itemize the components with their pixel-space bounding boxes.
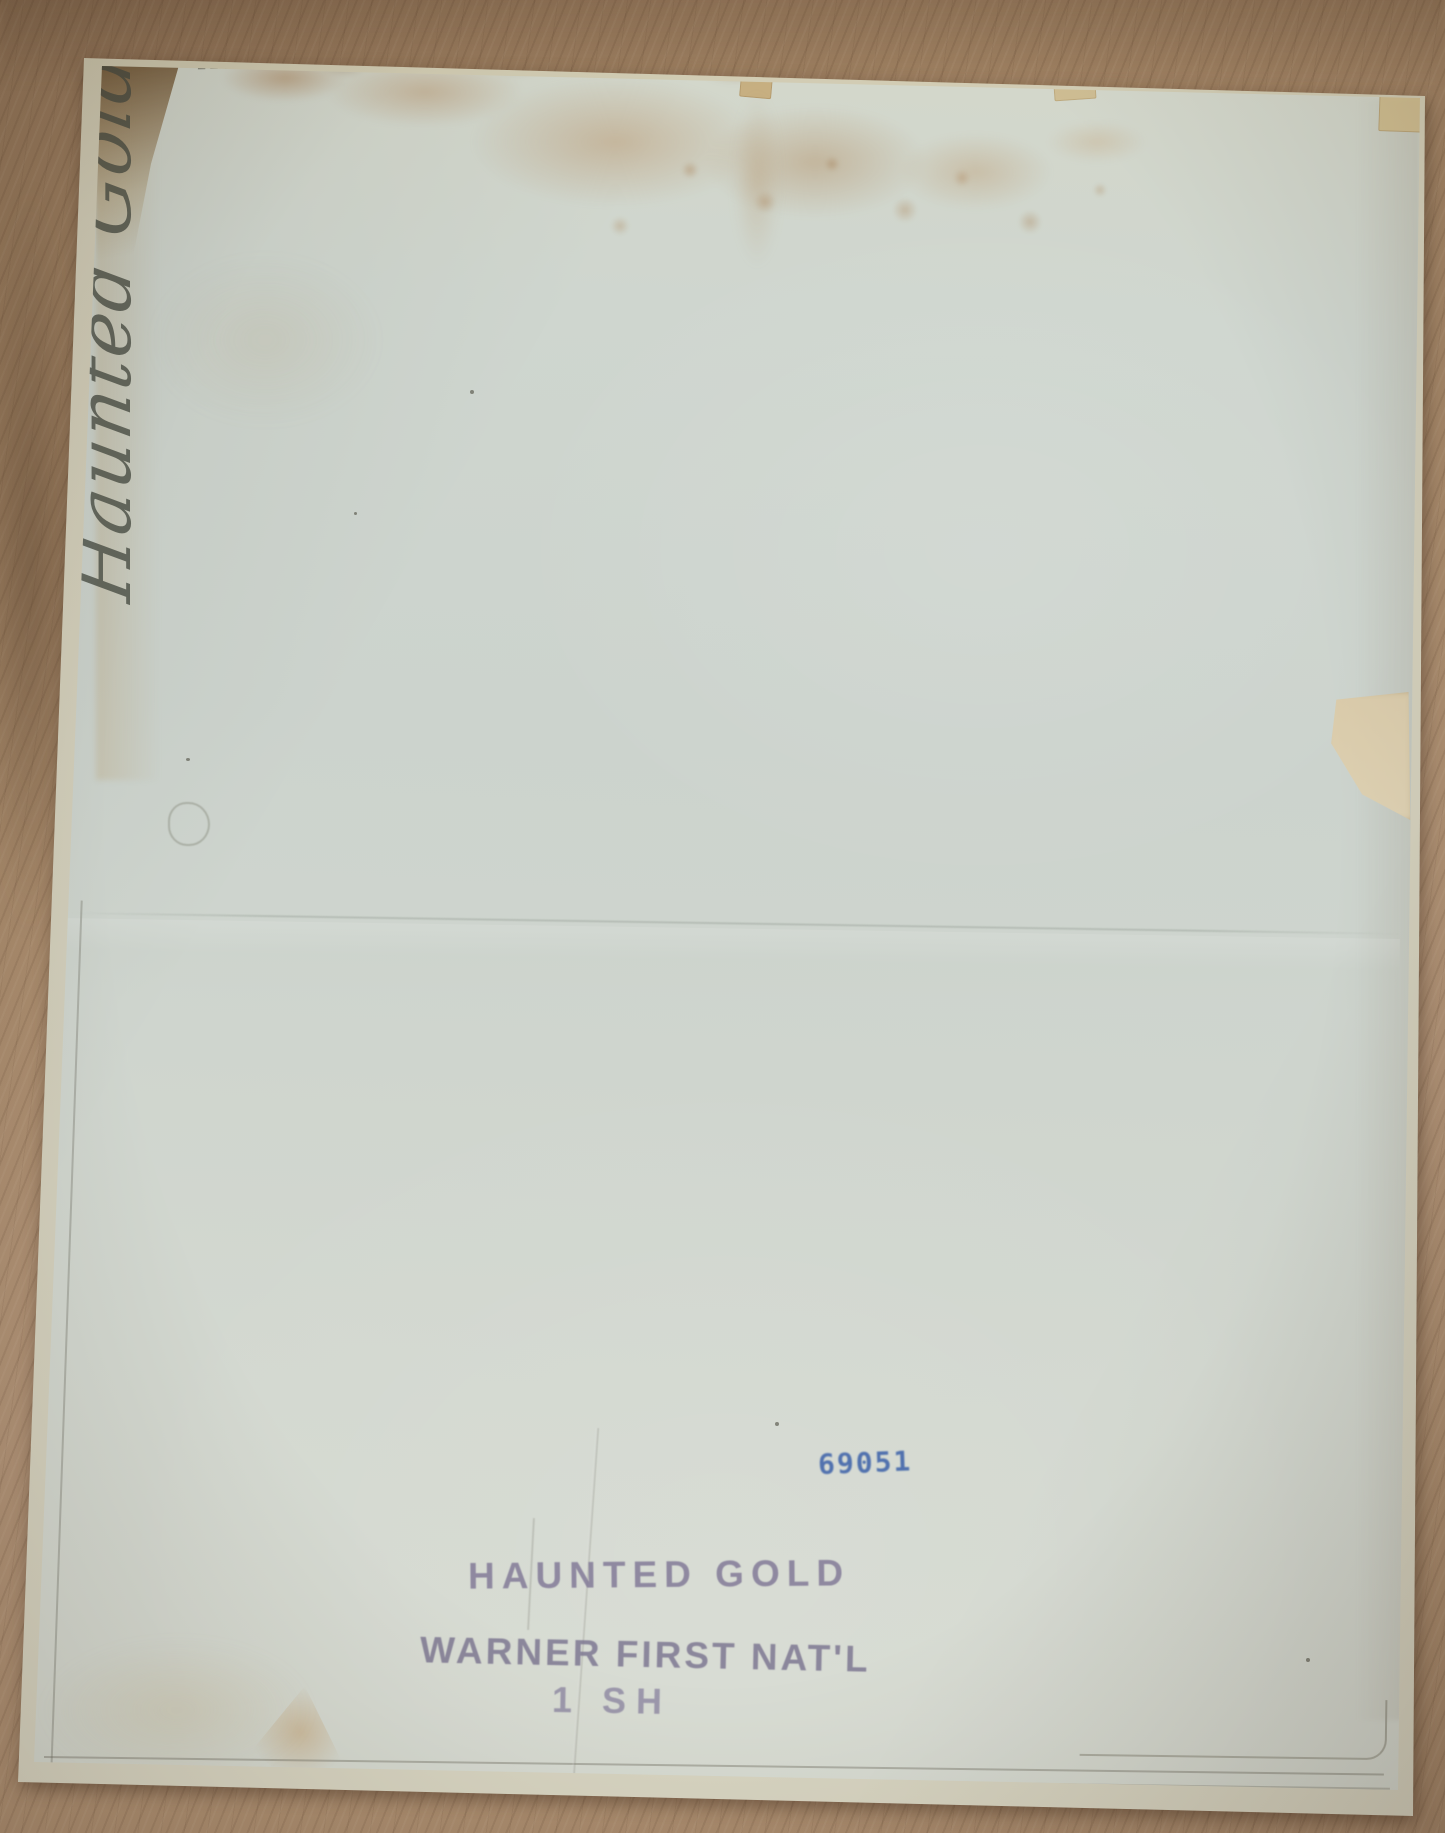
stain-under-tape [734, 92, 780, 267]
dirt-speck [470, 390, 474, 394]
fold-highlight-band [59, 918, 1400, 1019]
ring-stain [168, 802, 210, 846]
photo-scene: Haunted Gold Wayne Haunted Gold 69051 HA… [0, 0, 1445, 1833]
faint-smudge [150, 255, 380, 425]
dirt-speck [775, 1422, 779, 1426]
stain-speckles [560, 140, 1180, 280]
poster-back-sheet: Haunted Gold Wayne Haunted Gold 69051 HA… [0, 0, 1445, 1833]
studio-stamp: WARNER FIRST NAT'L [420, 1629, 871, 1680]
paper-stack: Haunted Gold Wayne Haunted Gold 69051 HA… [0, 0, 1445, 1833]
title-stamp: HAUNTED GOLD [468, 1552, 850, 1597]
sheet-size-stamp: 1 SH [552, 1679, 673, 1723]
blue-number-stamp: 69051 [817, 1444, 912, 1480]
dirt-speck [186, 758, 190, 761]
tape-fragment [739, 29, 777, 100]
dirt-speck [1306, 1658, 1310, 1662]
under-sheet-corner-line [1080, 1696, 1388, 1760]
vertical-crease [569, 1428, 599, 1817]
dirt-speck [354, 512, 357, 515]
